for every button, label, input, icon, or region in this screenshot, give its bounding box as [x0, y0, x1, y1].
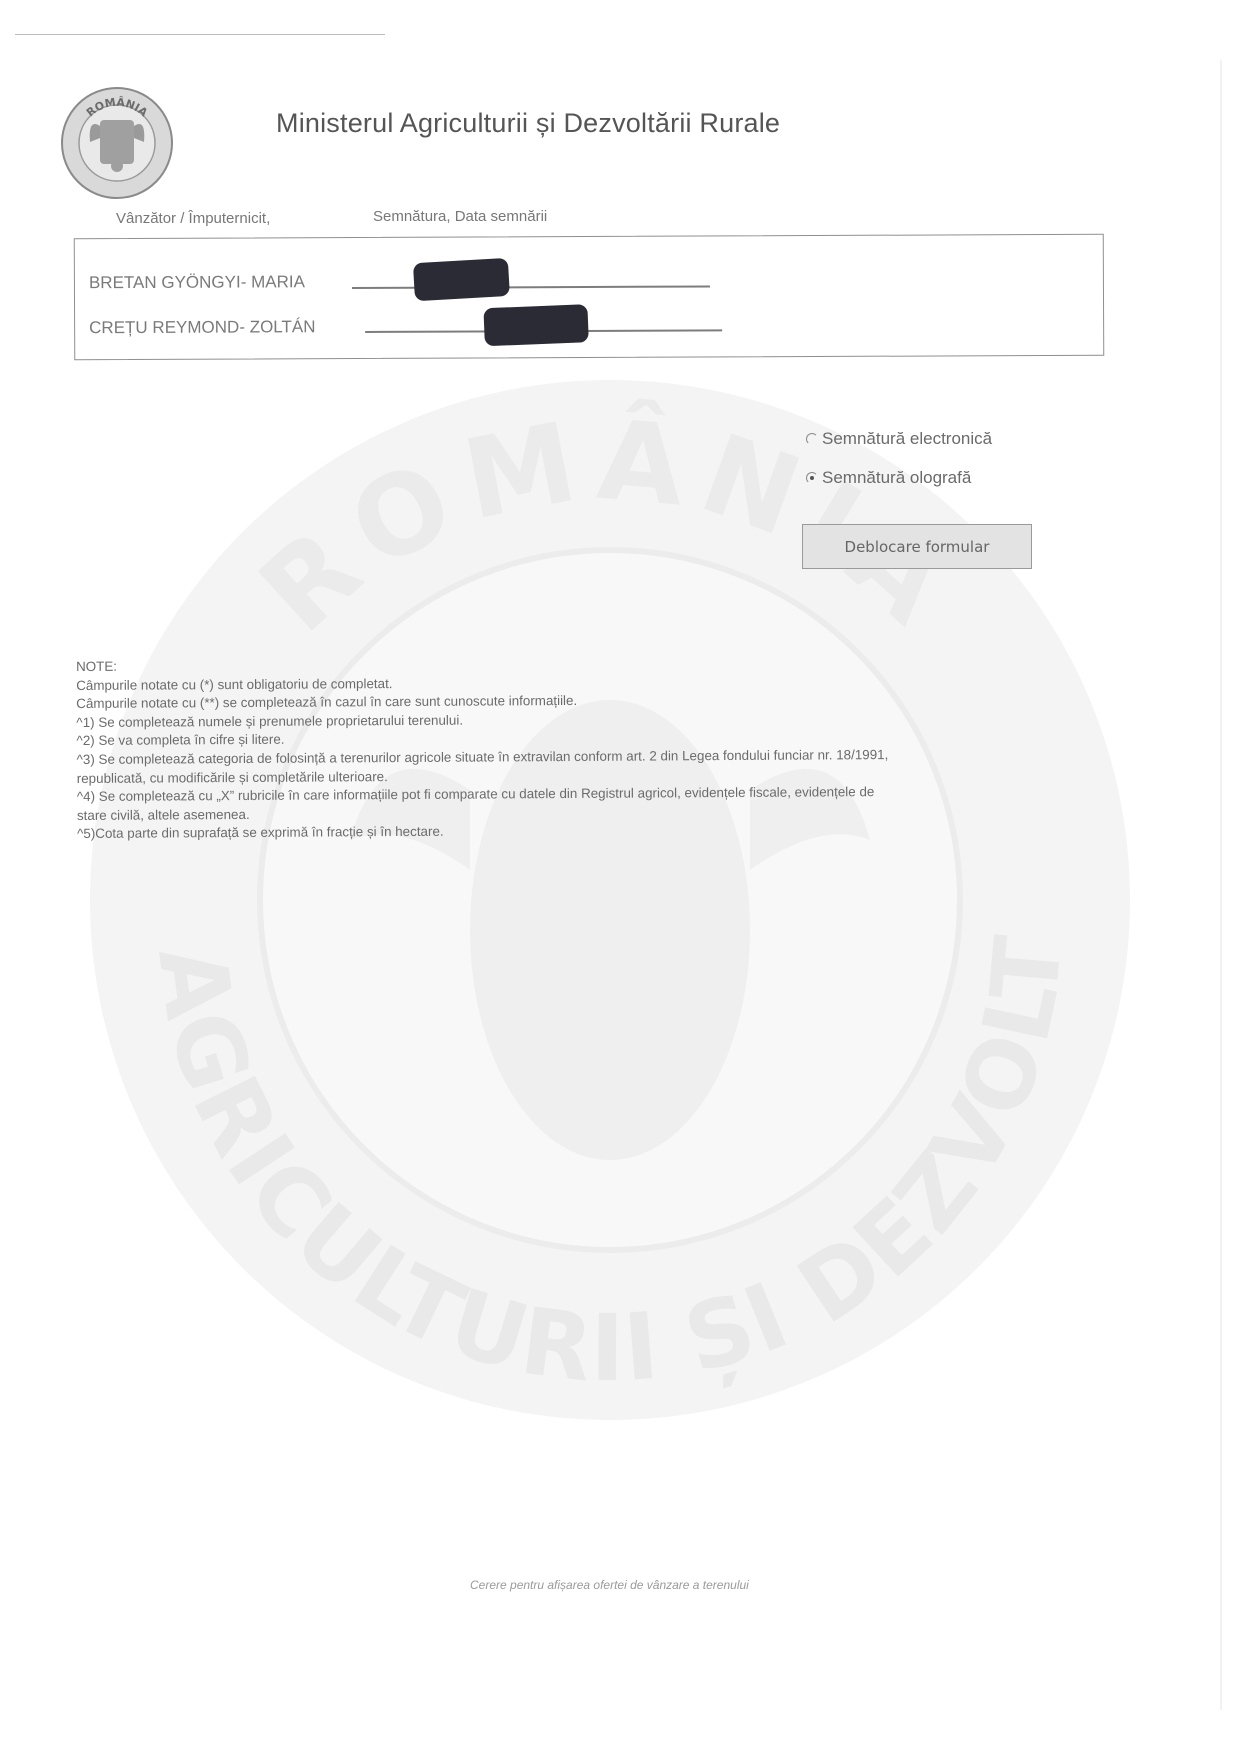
redacted-signature: [483, 304, 588, 346]
notes-section: NOTE: Câmpurile notate cu (*) sunt oblig…: [76, 652, 1127, 844]
seller-name: CREȚU REYMOND- ZOLTÁN: [89, 317, 315, 338]
radio-electronic-signature[interactable]: Semnătură electronică: [806, 429, 992, 449]
unlock-form-button[interactable]: Deblocare formular: [802, 524, 1032, 569]
radio-label: Semnătură olografă: [822, 468, 971, 488]
radio-unchecked-icon[interactable]: [806, 433, 818, 445]
radio-label: Semnătură electronică: [822, 429, 992, 449]
page-title: Ministerul Agriculturii și Dezvoltării R…: [276, 108, 780, 139]
seller-column-label: Vânzător / Împuternicit,: [116, 210, 270, 227]
signature-column-label: Semnătura, Data semnării: [373, 208, 547, 225]
signature-line: [352, 285, 710, 288]
radio-handwritten-signature[interactable]: Semnătură olografă: [806, 468, 971, 488]
signature-table: BRETAN GYÖNGYI- MARIA CREȚU REYMOND- ZOL…: [74, 234, 1105, 360]
ministry-seal-icon: ROMÂNIA: [60, 86, 174, 200]
form-footer: Cerere pentru afișarea ofertei de vânzar…: [470, 1578, 749, 1592]
redacted-signature: [413, 258, 510, 301]
radio-checked-icon[interactable]: [806, 472, 818, 484]
top-rule: [15, 34, 385, 35]
page-edge-shadow: [1220, 60, 1222, 1710]
seller-name: BRETAN GYÖNGYI- MARIA: [89, 272, 305, 293]
